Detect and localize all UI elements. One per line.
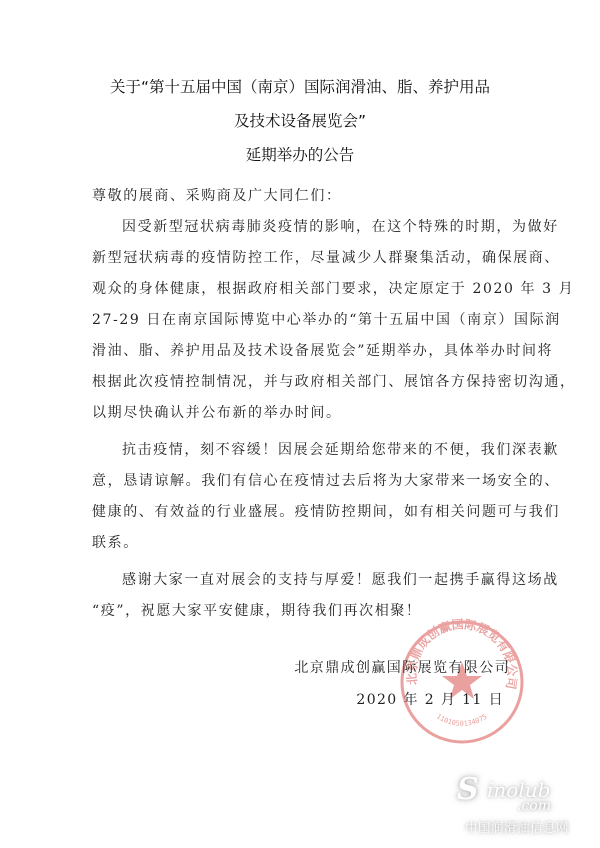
announcement-title: 关于“第十五届中国（南京）国际润滑油、脂、养护用品 及技术设备展览会” 延期举办… (60, 70, 540, 172)
paragraph-1: 因受新型冠状病毒肺炎疫情的影响，在这个特殊的时期，为做好 新型冠状病毒的疫情防控… (92, 212, 512, 429)
watermark-site-name: 中国润滑油信息网 (465, 818, 569, 836)
paragraph-3: 感谢大家一直对展会的支持与厚爱！愿我们一起携手赢得这场战 “疫”，祝愿大家平安健… (92, 565, 512, 627)
sinolub-watermark-logo: S inolub .com 中国润滑油信息网 (455, 772, 595, 842)
paragraph-line: 27-29 日在南京国际博览中心举办的“第十五届中国（南京）国际润 (92, 305, 512, 336)
paragraph-line: 观众的身体健康，根据政府相关部门要求，决定原定于 2020 年 3 月 (92, 274, 512, 305)
paragraph-line: 以期尽快确认并公布新的举办时间。 (92, 398, 512, 429)
paragraph-line: 意，恳请谅解。我们有信心在疫情过去后将为大家带来一场安全的、 (92, 466, 512, 497)
title-line-3: 延期举办的公告 (60, 138, 540, 172)
watermark-brand-rest: inolub (487, 778, 550, 802)
watermark-domain: .com (517, 798, 551, 814)
title-line-1: 关于“第十五届中国（南京）国际润滑油、脂、养护用品 (60, 70, 540, 104)
announcement-page: 关于“第十五届中国（南京）国际润滑油、脂、养护用品 及技术设备展览会” 延期举办… (0, 0, 600, 848)
paragraph-line: 因受新型冠状病毒肺炎疫情的影响，在这个特殊的时期，为做好 (92, 212, 512, 243)
salutation: 尊敬的展商、采购商及广大同仁们： (92, 181, 512, 212)
paragraph-line: 滑油、脂、养护用品及技术设备展览会”延期举办，具体举办时间将 (92, 336, 512, 367)
signature-organization: 北京鼎成创赢国际展览有限公司 (294, 652, 510, 684)
paragraph-2: 抗击疫情，刻不容缓！因展会延期给您带来的不便，我们深表歉 意，恳请谅解。我们有信… (92, 435, 512, 559)
paragraph-line: “疫”，祝愿大家平安健康，期待我们再次相聚！ (92, 596, 512, 627)
watermark-brand-initial: S (457, 772, 479, 807)
title-line-2: 及技术设备展览会” (60, 104, 540, 138)
paragraph-line: 抗击疫情，刻不容缓！因展会延期给您带来的不便，我们深表歉 (92, 435, 512, 466)
paragraph-line: 联系。 (92, 528, 512, 559)
paragraph-line: 根据此次疫情控制情况，并与政府相关部门、展馆各方保持密切沟通， (92, 367, 512, 398)
paragraph-line: 新型冠状病毒的疫情防控工作，尽量减少人群聚集活动，确保展商、 (92, 243, 512, 274)
announcement-body: 尊敬的展商、采购商及广大同仁们： 因受新型冠状病毒肺炎疫情的影响，在这个特殊的时… (92, 181, 512, 627)
paragraph-line: 感谢大家一直对展会的支持与厚爱！愿我们一起携手赢得这场战 (92, 565, 512, 596)
paragraph-line: 健康的、有效益的行业盛展。疫情防控期间，如有相关问题可与我们 (92, 497, 512, 528)
signature-block: 北京鼎成创赢国际展览有限公司 2020 年 2 月 11 日 (294, 652, 510, 716)
signature-date: 2020 年 2 月 11 日 (294, 684, 510, 716)
